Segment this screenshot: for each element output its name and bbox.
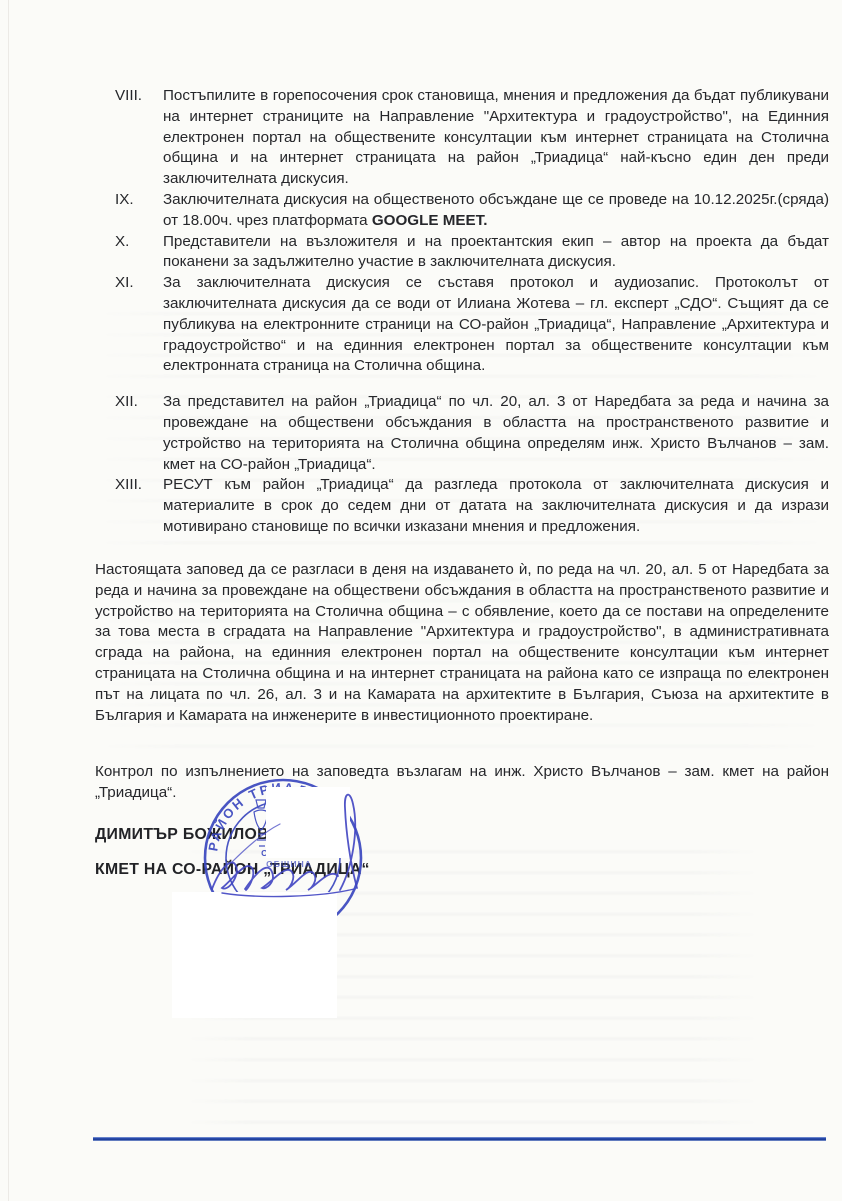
clause-number: XIII. [115, 475, 163, 537]
signatory-name: ДИМИТЪР БОЖИЛОВ [95, 826, 269, 844]
clause-number: XII. [115, 392, 163, 475]
clause-number: XI. [115, 273, 163, 377]
ordered-clause-list: VIII. Постъпилите в горепосочения срок с… [115, 86, 829, 538]
clause-xi: XI. За заключителната дискусия се състав… [115, 273, 829, 377]
control-paragraph: Контрол по изпълнението на заповедта въз… [95, 762, 829, 804]
clause-text: РЕСУТ към район „Триадица“ да разгледа п… [163, 475, 829, 537]
clause-text: Заключителната дискусия на общественото … [163, 190, 829, 232]
clause-text-bold: GOOGLE MEET. [372, 212, 488, 229]
clause-number: X. [115, 232, 163, 274]
clause-text: За заключителната дискусия се съставя пр… [163, 273, 829, 377]
clause-ix: IX. Заключителната дискусия на обществен… [115, 190, 829, 232]
scan-edge-line [8, 0, 9, 1201]
scanned-document-page: VIII. Постъпилите в горепосочения срок с… [0, 0, 842, 1201]
clause-text: Постъпилите в горепосочения срок станови… [163, 86, 829, 190]
clause-text-plain: Заключителната дискусия на общественото … [163, 191, 829, 229]
clause-xii: XII. За представител на район „Триадица“… [115, 392, 829, 475]
clause-number: IX. [115, 190, 163, 232]
clause-number: VIII. [115, 86, 163, 190]
clause-xiii: XIII. РЕСУТ към район „Триадица“ да разг… [115, 475, 829, 537]
disclosure-paragraph: Настоящата заповед да се разгласи в деня… [95, 560, 829, 726]
clause-text: Представители на възложителя и на проект… [163, 232, 829, 274]
footer-rule [93, 1137, 826, 1141]
clause-x: X. Представители на възложителя и на про… [115, 232, 829, 274]
clause-text: За представител на район „Триадица“ по ч… [163, 392, 829, 475]
clause-viii: VIII. Постъпилите в горепосочения срок с… [115, 86, 829, 190]
bleedthrough-ghost-text [185, 838, 760, 1128]
signatory-title: КМЕТ НА СО-РАЙОН „ТРИАДИЦА“ [95, 861, 370, 879]
